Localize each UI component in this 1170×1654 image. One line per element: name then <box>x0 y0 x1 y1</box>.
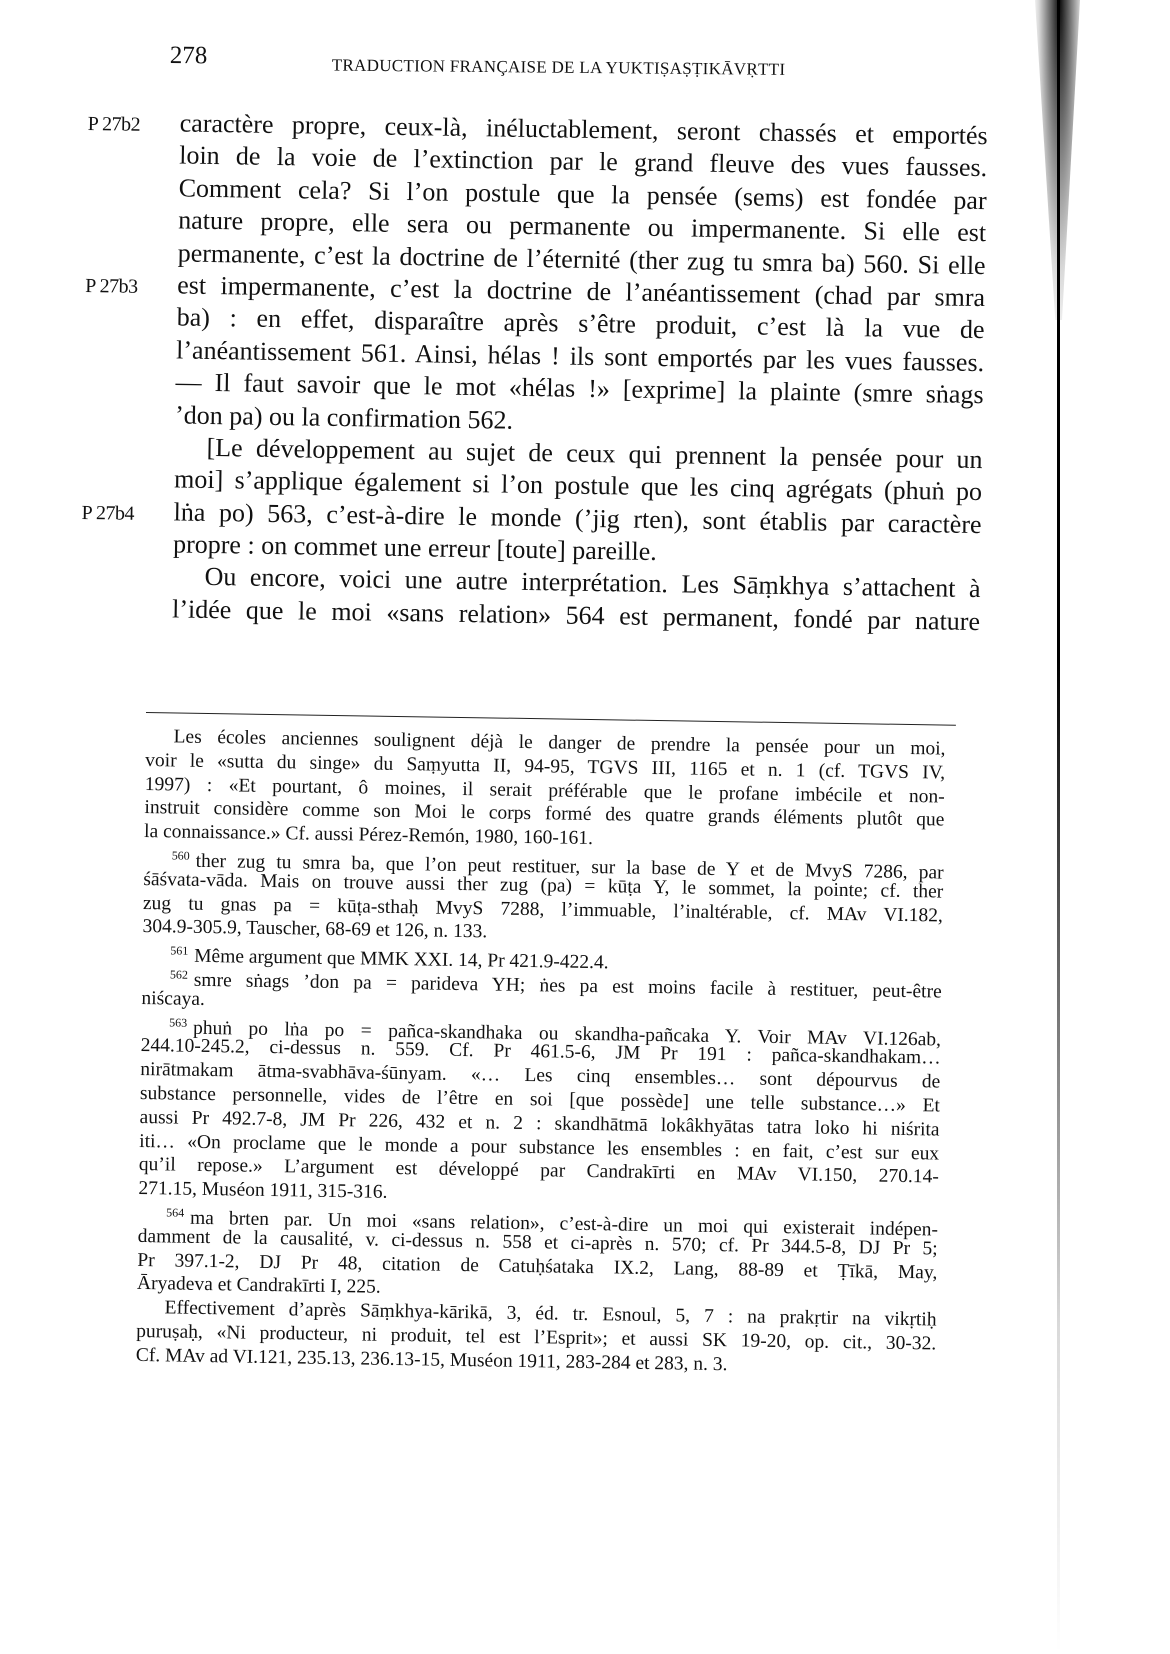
footnotes: Les écoles anciennes soulignent déjà le … <box>136 712 956 1380</box>
footnote-number: 563 <box>169 1015 187 1029</box>
footnote-separator <box>146 712 956 726</box>
footnote-number: 564 <box>166 1205 184 1219</box>
page-header: 278 TRADUCTION FRANÇAISE DE LA YUKTIṢAṢṬ… <box>170 42 1010 50</box>
footnote-number: 562 <box>170 967 188 981</box>
scan-binding-edge <box>1057 0 1060 1654</box>
footnote-number: 561 <box>170 944 188 958</box>
margin-reference: P 27b4 <box>81 497 134 530</box>
scanned-book-page: 278 TRADUCTION FRANÇAISE DE LA YUKTIṢAṢṬ… <box>0 0 1170 1654</box>
running-title: TRADUCTION FRANÇAISE DE LA YUKTIṢAṢṬIKĀV… <box>332 56 786 80</box>
footnote-number: 560 <box>172 848 190 862</box>
page-number: 278 <box>170 42 208 70</box>
main-text: P 27b2 caractère propre, ceux-là, inéluc… <box>80 106 1008 639</box>
margin-reference: P 27b3 <box>85 270 138 303</box>
margin-reference: P 27b2 <box>87 108 140 141</box>
